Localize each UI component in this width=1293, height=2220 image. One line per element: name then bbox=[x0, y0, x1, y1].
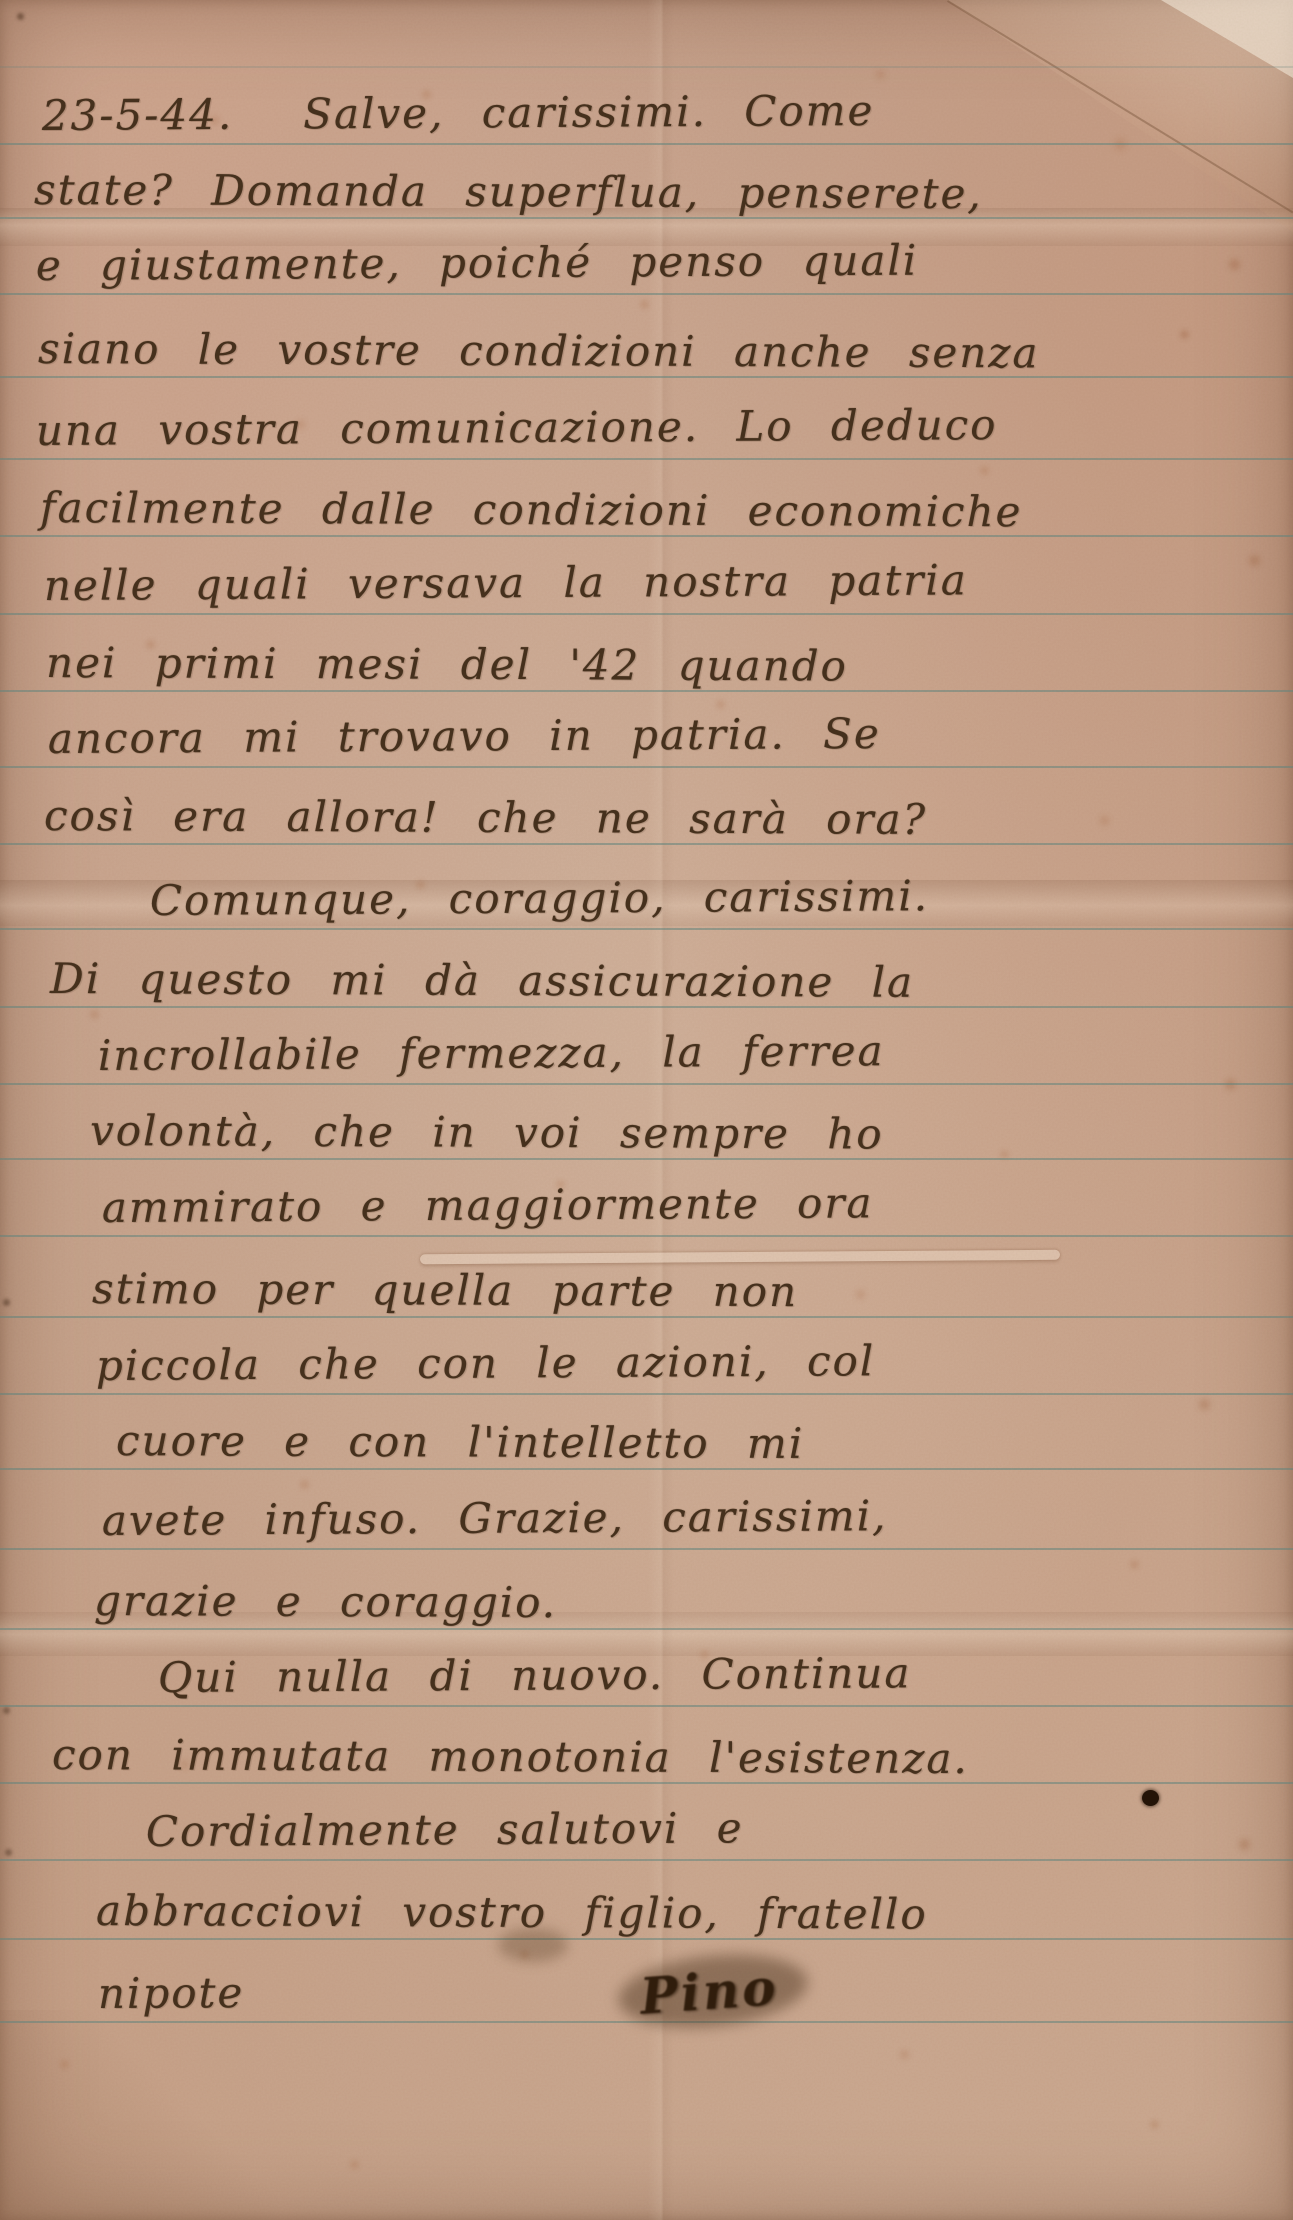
foxing-stains bbox=[0, 0, 5, 5]
ruled-line bbox=[0, 66, 1293, 68]
ruled-line bbox=[0, 1316, 1293, 1318]
ruled-line bbox=[0, 458, 1293, 460]
ruled-line bbox=[0, 1468, 1293, 1470]
letter-line: cuore e con l'intelletto mi bbox=[116, 1420, 804, 1465]
signature: Pino bbox=[638, 1957, 780, 2026]
letter-line: Comunque, coraggio, carissimi. bbox=[150, 875, 929, 922]
letter-line: nei primi mesi del '42 quando bbox=[46, 642, 848, 687]
ruled-line bbox=[0, 928, 1293, 930]
ruled-line bbox=[0, 766, 1293, 768]
ruled-line bbox=[0, 1628, 1293, 1630]
letter-line: Cordialmente salutovi e bbox=[146, 1807, 744, 1853]
letter-line: siano le vostre condizioni anche senza bbox=[38, 328, 1040, 374]
corner-shadow-bottom-left bbox=[0, 2010, 280, 2220]
ruled-line bbox=[0, 143, 1293, 145]
ruled-line bbox=[0, 690, 1293, 692]
ruled-line bbox=[0, 376, 1293, 378]
letter-page: 23-5-44.Salve, carissimi. Come state? Do… bbox=[0, 0, 1293, 2220]
ruled-line bbox=[0, 1083, 1293, 1085]
ruled-line bbox=[0, 1006, 1293, 1008]
letter-date: 23-5-44. bbox=[42, 90, 234, 140]
ruled-line bbox=[0, 1938, 1293, 1940]
paper-scratch bbox=[420, 1250, 1060, 1264]
letter-line: stimo per quella parte non bbox=[92, 1268, 798, 1313]
letter-line: facilmente dalle condizioni economiche bbox=[40, 487, 1023, 533]
letter-line: incrollabile fermezza, la ferrea bbox=[98, 1030, 885, 1077]
ruled-line bbox=[0, 1158, 1293, 1160]
ink-smear bbox=[498, 1928, 568, 1962]
ruled-line bbox=[0, 1235, 1293, 1237]
letter-line: nipote bbox=[98, 1972, 245, 2015]
ruled-line bbox=[0, 217, 1293, 219]
letter-line: Qui nulla di nuovo. Continua bbox=[158, 1652, 912, 1699]
letter-line: con immutata monotonia l'esistenza. bbox=[52, 1734, 969, 1780]
ruled-line bbox=[0, 613, 1293, 615]
letter-line: nelle quali versava la nostra patria bbox=[44, 559, 968, 607]
letter-line: Salve, carissimi. Come bbox=[303, 86, 875, 138]
letter-line: e giustamente, poiché penso quali bbox=[36, 240, 919, 287]
letter-line: volontà, che in voi sempre ho bbox=[90, 1110, 884, 1155]
letter-line: ammirato e maggiormente ora bbox=[102, 1182, 874, 1229]
letter-line: piccola che con le azioni, col bbox=[96, 1340, 876, 1387]
ruled-line bbox=[0, 1705, 1293, 1707]
letter-line: abbracciovi vostro figlio, fratello bbox=[96, 1890, 928, 1936]
ruled-line bbox=[0, 1393, 1293, 1395]
ruled-line bbox=[0, 293, 1293, 295]
letter-line: grazie e coraggio. bbox=[94, 1580, 557, 1624]
ruled-line bbox=[0, 1548, 1293, 1550]
letter-line: una vostra comunicazione. Lo deduco bbox=[36, 404, 998, 452]
letter-line: così era allora! che ne sarà ora? bbox=[44, 795, 927, 841]
letter-line-with-date: 23-5-44.Salve, carissimi. Come bbox=[42, 90, 875, 137]
ink-blot bbox=[1142, 1790, 1159, 1806]
letter-line: ancora mi trovavo in patria. Se bbox=[48, 713, 881, 760]
ruled-line bbox=[0, 843, 1293, 845]
letter-line: avete infuso. Grazie, carissimi, bbox=[102, 1495, 888, 1542]
letter-line: Di questo mi dà assicurazione la bbox=[50, 958, 914, 1004]
letter-line: state? Domanda superflua, penserete, bbox=[34, 169, 983, 215]
ruled-line bbox=[0, 1859, 1293, 1861]
ruled-line bbox=[0, 1782, 1293, 1784]
ruled-line bbox=[0, 535, 1293, 537]
